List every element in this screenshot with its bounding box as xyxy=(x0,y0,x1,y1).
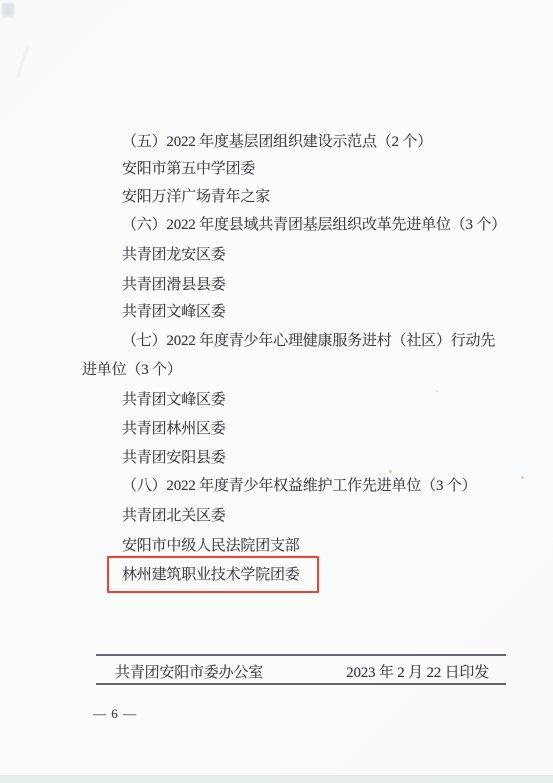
scan-crease xyxy=(17,45,29,78)
highlight-box xyxy=(107,556,319,593)
body-line-item: 共青团文峰区委 xyxy=(122,302,226,322)
body-line-heading-6: （六）2022 年度县域共青团基层组织改革先进单位（3 个） xyxy=(122,215,506,235)
body-line-heading-7: （七）2022 年度青少年心理健康服务进村（社区）行动先 xyxy=(122,331,495,351)
footer-rule-top xyxy=(96,654,506,656)
body-line-item: 共青团龙安区委 xyxy=(122,245,226,265)
scan-speck xyxy=(389,470,392,473)
body-line-item: 共青团北关区委 xyxy=(122,506,226,526)
page-number: — 6 — xyxy=(93,704,137,724)
body-line-heading-8: （八）2022 年度青少年权益维护工作先进单位（3 个） xyxy=(122,476,476,496)
footer-row: 共青团安阳市委办公室 2023 年 2 月 22 日印发 xyxy=(96,661,506,682)
body-line-item: 共青团滑县县委 xyxy=(122,275,226,295)
body-line-item: 共青团文峰区委 xyxy=(122,390,226,410)
body-line-item: 安阳万洋广场青年之家 xyxy=(122,187,270,207)
body-line-item: 共青团安阳县委 xyxy=(122,448,226,468)
footer-rule-bottom xyxy=(96,683,506,685)
footer-issuer: 共青团安阳市委办公室 xyxy=(115,661,263,682)
scan-page-edge xyxy=(0,775,553,783)
scan-smudge xyxy=(2,3,14,17)
scan-speck xyxy=(436,390,438,392)
document-page: （五）2022 年度基层团组织建设示范点（2 个） 安阳市第五中学团委 安阳万洋… xyxy=(0,0,553,783)
body-line-heading-5: （五）2022 年度基层团组织建设示范点（2 个） xyxy=(122,132,432,152)
scan-speck xyxy=(521,476,524,479)
body-line-item: 共青团林州区委 xyxy=(122,419,226,439)
body-line-heading-7-wrap: 进单位（3 个） xyxy=(82,360,182,380)
body-line-item: 安阳市第五中学团委 xyxy=(122,159,255,179)
body-line-item: 安阳市中级人民法院团支部 xyxy=(122,536,300,556)
footer-print-date: 2023 年 2 月 22 日印发 xyxy=(346,661,489,682)
